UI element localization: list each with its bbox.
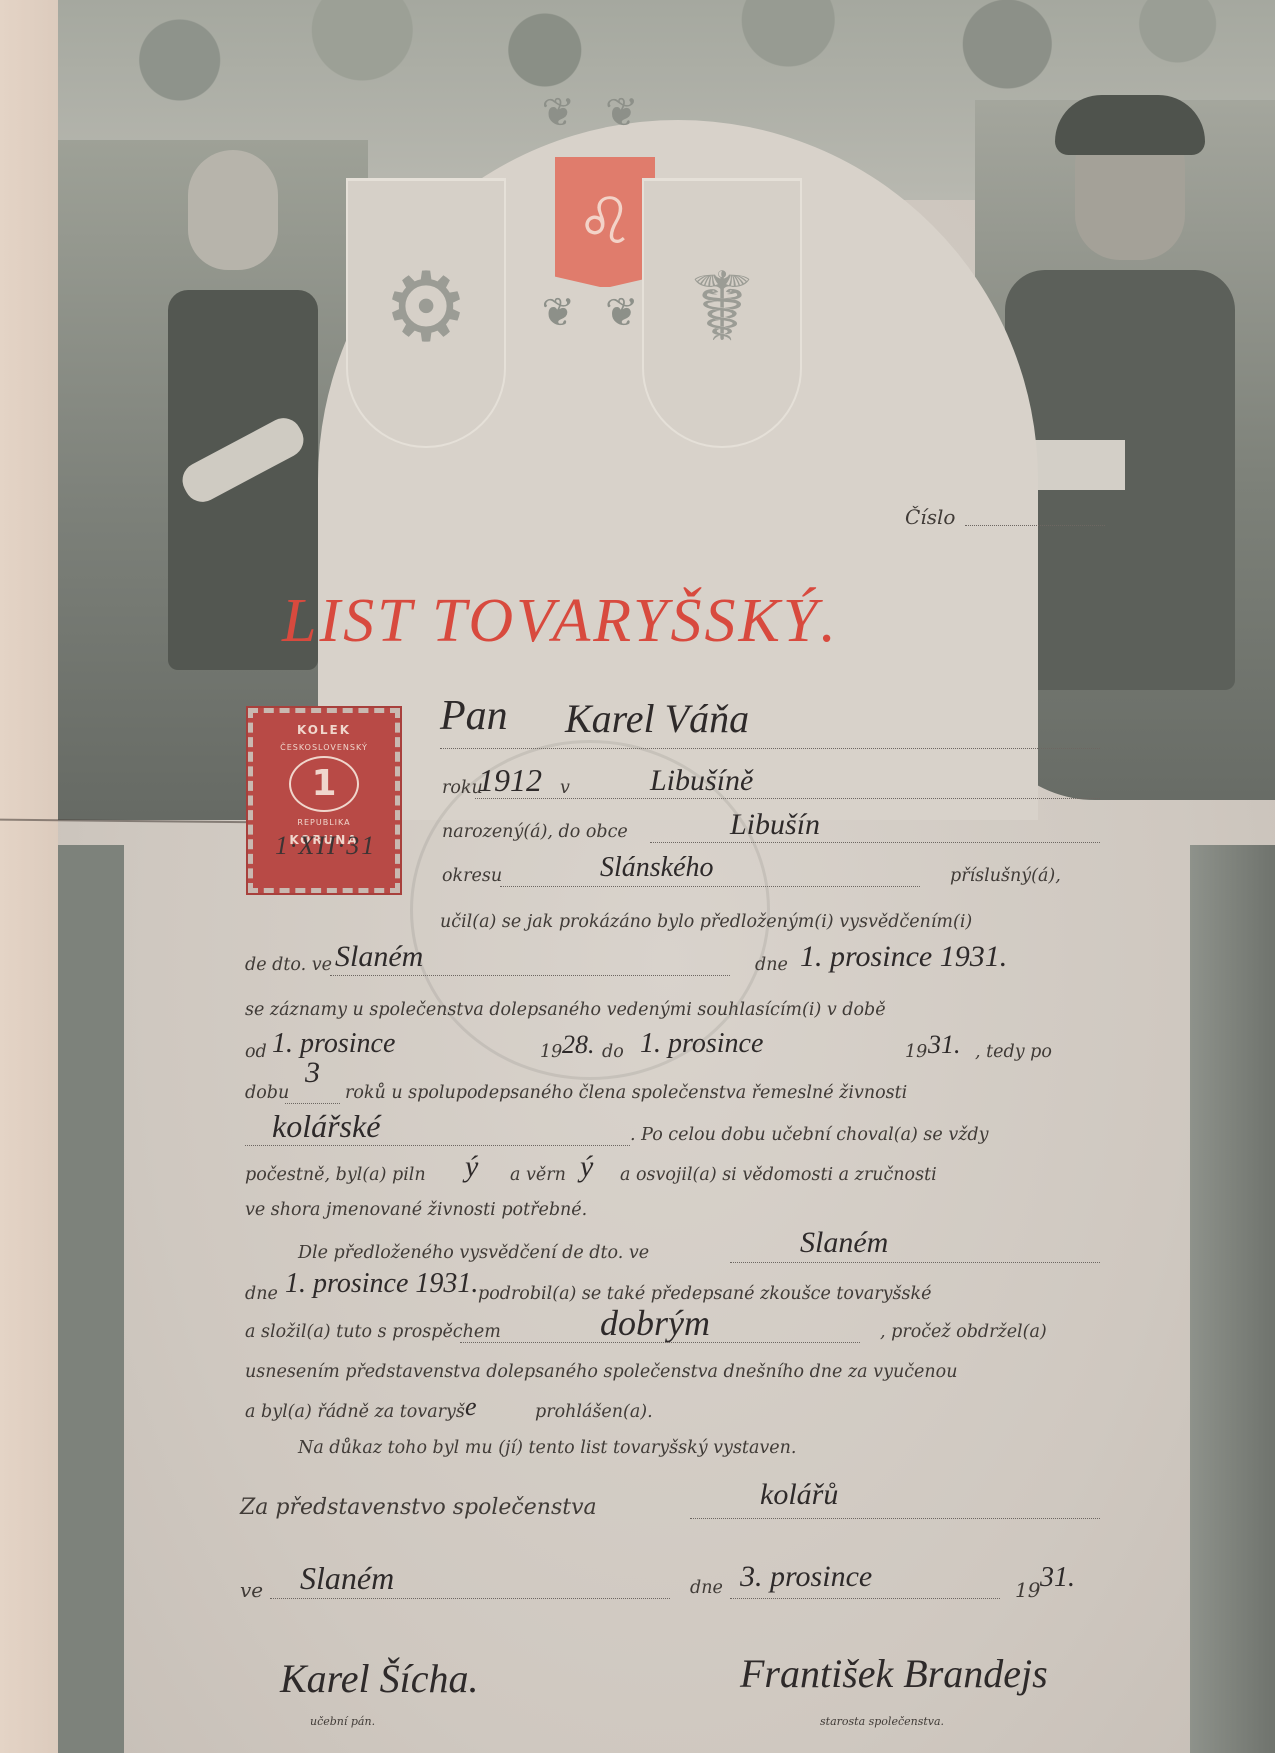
from-date: 1. prosince xyxy=(272,1028,395,1060)
number-field xyxy=(965,525,1105,526)
stamp-header: KOLEK xyxy=(253,723,395,737)
diligent-fill: ý xyxy=(465,1150,478,1184)
laurel-wreath-top-icon: ❦❦ xyxy=(520,90,690,160)
grade-line xyxy=(460,1342,860,1343)
body-line-13b: prohlášen(a). xyxy=(535,1402,653,1422)
number-label: Číslo xyxy=(905,505,955,529)
residence: Libušín xyxy=(730,808,820,842)
body-line-5: roků u spolupodepsaného člena společenst… xyxy=(345,1083,907,1103)
exam-place-line xyxy=(730,1262,1100,1263)
closing-year: 31. xyxy=(1040,1562,1075,1594)
duration-line xyxy=(285,1103,340,1104)
to-date: 1. prosince xyxy=(640,1028,763,1060)
journeyman-fill: e xyxy=(465,1392,477,1422)
exam-date: 1. prosince 1931. xyxy=(285,1268,478,1300)
apprentice-name: Karel Váňa xyxy=(565,695,749,742)
exam-grade: dobrým xyxy=(600,1302,710,1344)
certificate-place: Slaném xyxy=(335,940,423,974)
stamp-cancellation: 1·XII·31 xyxy=(275,831,376,861)
certificate-date: 1. prosince 1931. xyxy=(800,940,1007,974)
paper-margin xyxy=(0,0,58,1753)
body-line-7c: a osvojil(a) si vědomosti a zručnosti xyxy=(620,1165,937,1185)
from-year: 28. xyxy=(562,1030,595,1060)
right-border-column xyxy=(1190,845,1275,1753)
body-line-7a: počestně, byl(a) piln xyxy=(245,1165,426,1185)
residence-line xyxy=(650,842,1100,843)
body-line-13a: a byl(a) řádně za tovaryš xyxy=(245,1402,465,1422)
birth-place-label: v xyxy=(560,778,570,798)
grade-tail: , pročež obdržel(a) xyxy=(880,1322,1047,1342)
closing-place-line xyxy=(270,1598,670,1599)
document-title: LIST TOVARYŠSKÝ. xyxy=(282,586,1082,657)
birth-place: Libušíně xyxy=(650,764,753,798)
closing-date-line xyxy=(730,1598,1000,1599)
district-label: okresu xyxy=(442,866,502,886)
wheelwright-emblem-shield: ⚙ xyxy=(346,178,506,448)
trade-name: kolářské xyxy=(272,1108,380,1145)
board-line xyxy=(690,1518,1100,1519)
guild-chairman-signature: František Brandejs xyxy=(740,1650,1048,1697)
duration-years: 3 xyxy=(305,1056,320,1090)
caduceus-emblem-shield: ☤ xyxy=(642,178,802,448)
craftsman-head-left xyxy=(188,150,278,270)
closing-place-label: ve xyxy=(240,1578,263,1602)
closing-place: Slaném xyxy=(300,1560,394,1597)
residence-label: narozený(á), do obce xyxy=(442,822,628,842)
board-trade: kolářů xyxy=(760,1478,838,1512)
line4-tail: , tedy po xyxy=(975,1042,1052,1062)
czech-coat-of-arms: ♌ xyxy=(555,157,655,287)
body-line-6: . Po celou dobu učební choval(a) se vždy xyxy=(630,1125,989,1145)
body-line-12: usnesením představenstva dolepsaného spo… xyxy=(245,1362,957,1382)
to-label: do xyxy=(602,1042,624,1062)
body-line-9: Dle předloženého vysvědčení de dto. ve xyxy=(298,1243,649,1263)
guild-chairman-role: starosta společenstva. xyxy=(820,1715,944,1728)
caduceus-icon: ☤ xyxy=(644,251,800,363)
body-line-10: podrobil(a) se také předepsané zkoušce t… xyxy=(478,1284,931,1304)
stamp-country: ČESKOSLOVENSKÝ xyxy=(253,743,395,752)
faithful-fill: ý xyxy=(580,1150,593,1184)
to-year: 31. xyxy=(928,1030,961,1060)
lion-icon: ♌ xyxy=(576,185,633,259)
body-line-8: ve shora jmenované živnosti potřebné. xyxy=(245,1200,587,1220)
merchant-cap xyxy=(1055,95,1205,155)
certificate-date-label: dne xyxy=(755,955,788,975)
certificate-place-line xyxy=(330,975,730,976)
closing-year-prefix: 19 xyxy=(1015,1578,1040,1602)
belongs-label: příslušný(á), xyxy=(950,866,1061,886)
left-border-column xyxy=(58,845,124,1753)
birth-year: 1912 xyxy=(478,762,542,799)
body-line-3: se záznamy u společenstva dolepsaného ve… xyxy=(245,1000,886,1020)
body-line-7b: a věrn xyxy=(510,1165,566,1185)
revenue-stamp: KOLEK ČESKOSLOVENSKÝ 1 REPUBLIKA KORUNA … xyxy=(248,708,400,893)
certificate-place-label: de dto. ve xyxy=(245,955,332,975)
exam-date-label: dne xyxy=(245,1284,278,1304)
wheel-tools-icon: ⚙ xyxy=(348,251,504,363)
duration-label: dobu xyxy=(245,1083,289,1103)
closing-date-label: dne xyxy=(690,1578,723,1598)
name-prefix: Pan xyxy=(440,692,508,740)
closing-date: 3. prosince xyxy=(740,1560,872,1594)
name-line xyxy=(440,748,1100,749)
birth-line xyxy=(475,798,1100,799)
from-year-prefix: 19 xyxy=(540,1042,562,1062)
from-label: od xyxy=(245,1042,267,1062)
to-year-prefix: 19 xyxy=(905,1042,927,1062)
exam-certificate-place: Slaném xyxy=(800,1226,888,1260)
body-line-1: učil(a) se jak prokázáno bylo předložený… xyxy=(440,912,972,932)
district: Slánského xyxy=(600,852,714,884)
stamp-republic: REPUBLIKA xyxy=(253,818,395,827)
board-label: Za představenstvo společenstva xyxy=(240,1495,597,1520)
trade-line xyxy=(245,1145,630,1146)
birth-year-label: roku xyxy=(442,778,483,798)
grade-label: a složil(a) tuto s prospěchem xyxy=(245,1322,501,1342)
master-signature: Karel Šícha. xyxy=(280,1655,479,1702)
master-role: učební pán. xyxy=(310,1715,375,1728)
stamp-value: 1 xyxy=(289,756,359,812)
body-line-14: Na důkaz toho byl mu (jí) tento list tov… xyxy=(298,1438,796,1458)
district-line xyxy=(500,886,920,887)
